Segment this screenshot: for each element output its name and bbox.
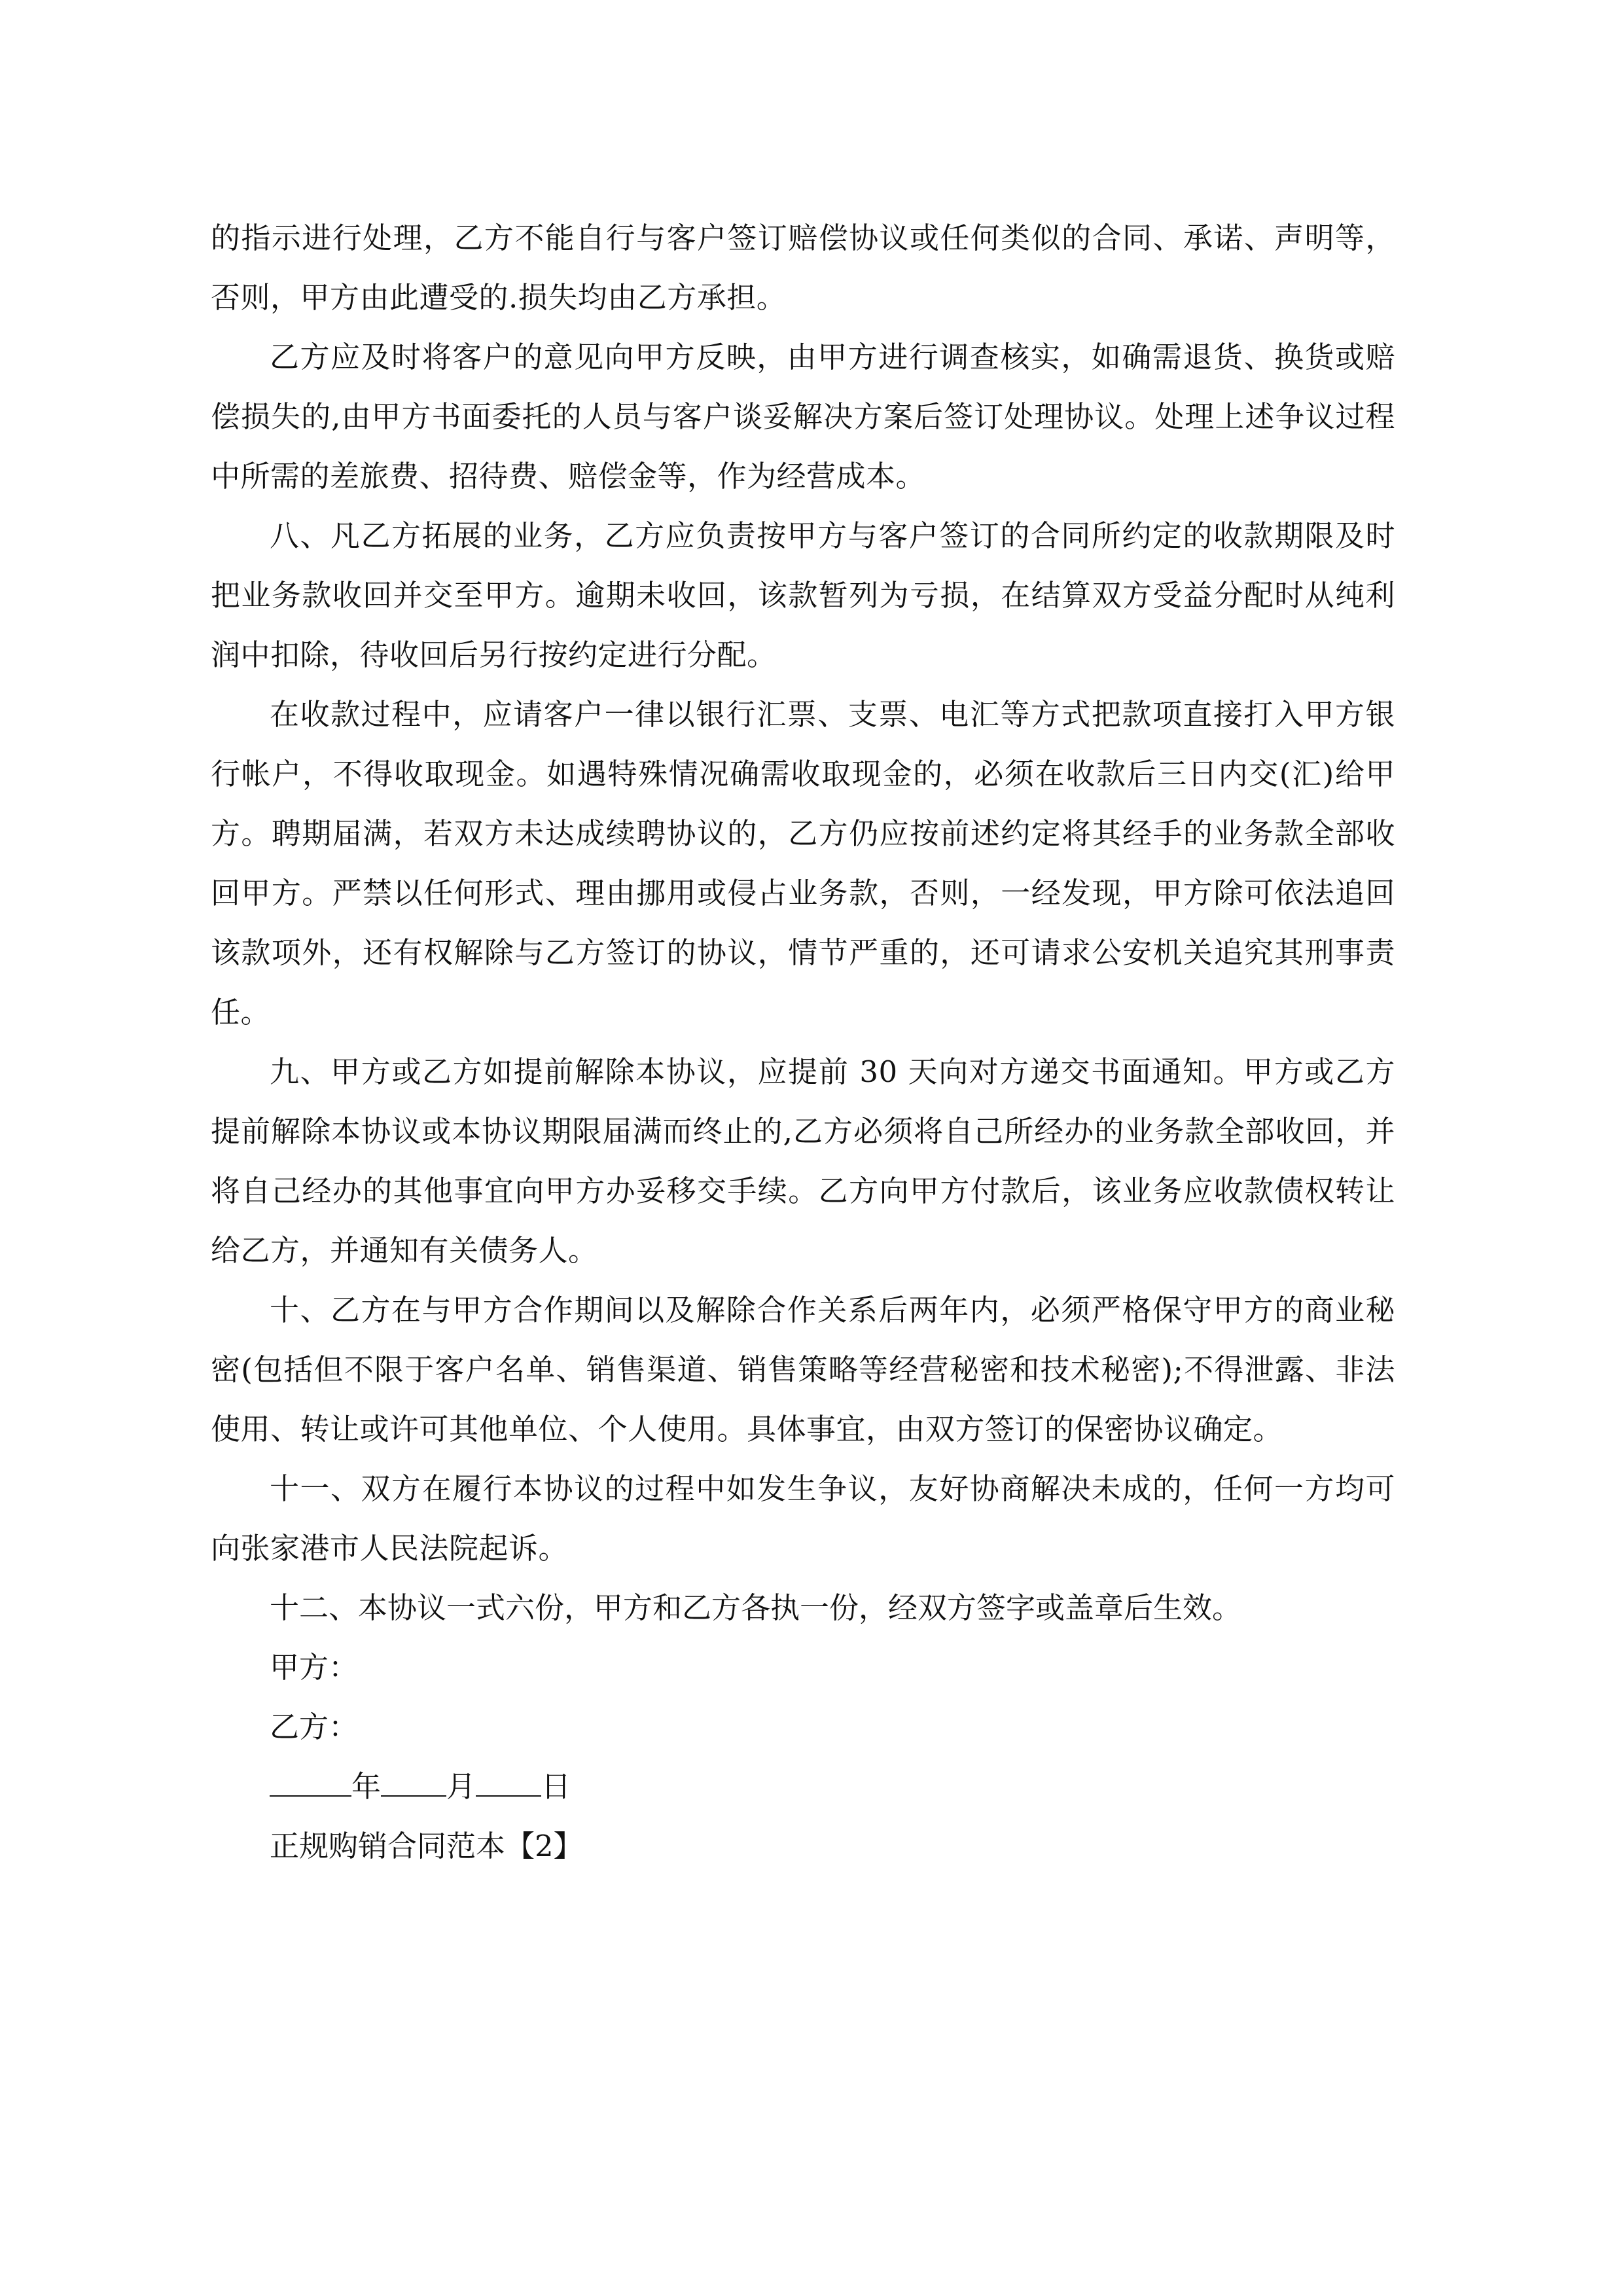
clause-8: 八、凡乙方拓展的业务，乙方应负责按甲方与客户签订的合同所约定的收款期限及时把业务… [211, 506, 1395, 685]
paragraph-customer-feedback: 乙方应及时将客户的意见向甲方反映，由甲方进行调查核实，如确需退货、换货或赔偿损失… [211, 327, 1395, 506]
signature-party-a: 甲方： [211, 1638, 1395, 1697]
clause-12: 十二、本协议一式六份，甲方和乙方各执一份，经双方签字或盖章后生效。 [211, 1578, 1395, 1638]
document-page: 的指示进行处理，乙方不能自行与客户签订赔偿协议或任何类似的合同、承诺、声明等，否… [211, 208, 1395, 1876]
day-blank [476, 1769, 541, 1797]
paragraph-continuation: 的指示进行处理，乙方不能自行与客户签订赔偿协议或任何类似的合同、承诺、声明等，否… [211, 208, 1395, 327]
clause-9: 九、甲方或乙方如提前解除本协议，应提前 30 天向对方递交书面通知。甲方或乙方提… [211, 1042, 1395, 1280]
clause-10: 十、乙方在与甲方合作期间以及解除合作关系后两年内，必须严格保守甲方的商业秘密(包… [211, 1280, 1395, 1459]
month-label: 月 [446, 1757, 476, 1816]
year-label: 年 [351, 1757, 381, 1816]
year-blank [270, 1769, 351, 1797]
day-label: 日 [541, 1757, 571, 1816]
paragraph-payment-collection: 在收款过程中，应请客户一律以银行汇票、支票、电汇等方式把款项直接打入甲方银行帐户… [211, 685, 1395, 1042]
date-line: 年 月 日 [211, 1757, 1395, 1816]
clause-11: 十一、双方在履行本协议的过程中如发生争议，友好协商解决未成的，任何一方均可向张家… [211, 1459, 1395, 1578]
next-section-title: 正规购销合同范本【2】 [211, 1816, 1395, 1876]
month-blank [381, 1769, 446, 1797]
signature-party-b: 乙方： [211, 1697, 1395, 1757]
